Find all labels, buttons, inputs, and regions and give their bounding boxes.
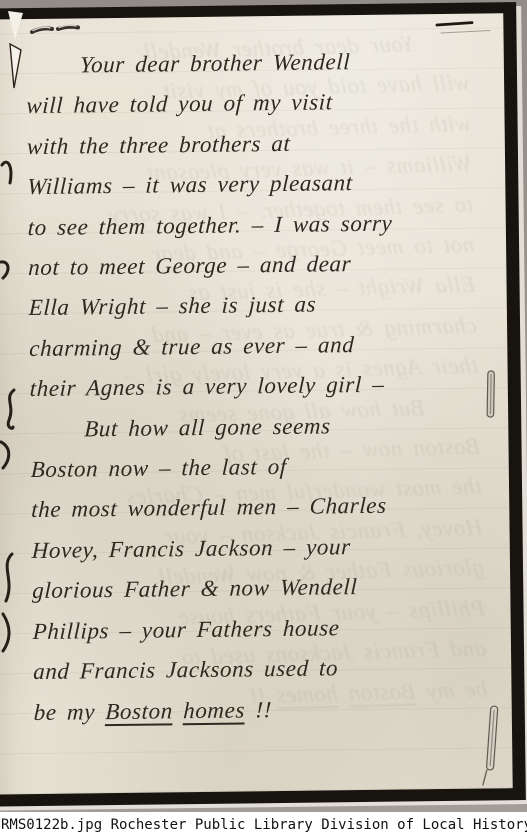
letter-line: charming & true as ever – and — [28, 323, 494, 369]
letter-line-text: But how all gone seems — [84, 413, 331, 441]
letter-line: the most wonderful men – Charles — [30, 485, 496, 531]
letter-line-text: Williams – it was very pleasant — [27, 170, 353, 199]
letter-line-text: to see them together. – I was sorry — [27, 210, 393, 239]
underlined-word: Boston — [105, 698, 173, 724]
letter-line: Boston now – the last of — [30, 444, 496, 490]
letter-line-text: with the three brothers at — [26, 131, 291, 159]
caption-text: RMS0122b.jpg Rochester Public Library Di… — [0, 817, 527, 833]
photo-black-frame: Your dear brother Wendellwill have told … — [0, 2, 526, 807]
letter-line-text: not to meet George – and dear — [28, 251, 352, 280]
letter-line: will have told you of my visit — [26, 81, 492, 127]
letter-line-text: Phillips – your Fathers house — [32, 615, 340, 644]
letter-line-text: their Agnes is a very lovely girl – — [29, 372, 385, 401]
letter-line-text: the most wonderful men – Charles — [31, 493, 387, 522]
letter-line-text: Ella Wright – she is just as — [28, 292, 316, 321]
letter-line-text: and Francis Jacksons used to — [33, 655, 339, 684]
letter-line: and Francis Jacksons used to — [32, 646, 498, 692]
letter-photo: Your dear brother Wendellwill have told … — [0, 0, 527, 812]
letter-line: Williams – it was very pleasant — [27, 162, 493, 208]
letter-line: to see them together. – I was sorry — [27, 202, 493, 248]
letter-line: Ella Wright – she is just as — [28, 283, 494, 329]
letter-text: Your dear brother Wendellwill have told … — [0, 13, 512, 733]
letter-line-text: !! — [245, 697, 273, 722]
underlined-word: homes — [183, 697, 246, 723]
letter-line-text: Boston now – the last of — [30, 454, 287, 482]
letter-line: be my Boston homes !! — [33, 687, 499, 733]
letter-line: But how all gone seems — [29, 404, 495, 450]
letter-page: Your dear brother Wendellwill have told … — [0, 13, 513, 794]
letter-line-text: glorious Father & now Wendell — [32, 574, 358, 603]
letter-line: Your dear brother Wendell — [25, 40, 491, 86]
letter-line-text: be my — [33, 699, 106, 725]
caption-bar: RMS0122b.jpg Rochester Public Library Di… — [0, 812, 527, 837]
letter-line: Hovey, Francis Jackson – your — [31, 525, 497, 571]
letter-line-text: Your dear brother Wendell — [79, 49, 350, 77]
letter-line: not to meet George – and dear — [28, 242, 494, 288]
letter-line: with the three brothers at — [26, 121, 492, 167]
letter-line: glorious Father & now Wendell — [31, 566, 497, 612]
letter-line: Phillips – your Fathers house — [32, 606, 498, 652]
letter-line-text: charming & true as ever – and — [29, 332, 355, 361]
letter-line-text: will have told you of my visit — [26, 90, 333, 119]
letter-line-text: Hovey, Francis Jackson – your — [31, 534, 351, 563]
letter-line: their Agnes is a very lovely girl – — [29, 364, 495, 410]
